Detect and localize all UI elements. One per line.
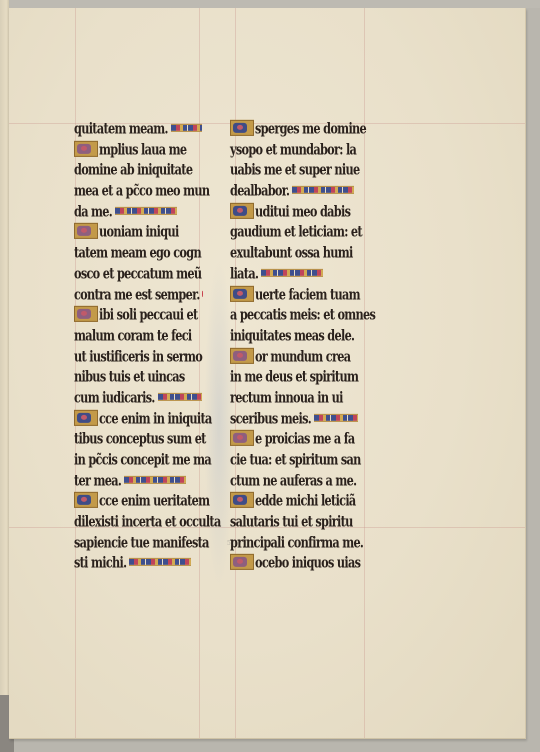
line-filler-ornament (124, 476, 186, 484)
line-filler-ornament (292, 186, 354, 194)
illuminated-initial-icon (230, 120, 254, 136)
line-filler-ornament (158, 393, 202, 401)
facing-page-edge (0, 0, 9, 752)
line-filler-ornament (171, 124, 202, 132)
illuminated-initial-icon (74, 307, 98, 323)
text-column-right: sperges me domineysopo et mundabor: laua… (230, 118, 358, 573)
text-line: sti michi. (74, 549, 202, 577)
line-filler-ornament (129, 559, 191, 567)
illuminated-initial-icon (74, 493, 98, 509)
illuminated-initial-icon (230, 431, 254, 447)
text-line: ocebo iniquos uias (230, 549, 358, 577)
line-filler-ornament (314, 414, 358, 422)
scan-backdrop (0, 0, 540, 8)
line-filler-ornament (115, 207, 177, 215)
text-column-left: quitatem meam.mplius laua medomine ab in… (74, 118, 202, 573)
illuminated-initial-icon (230, 555, 254, 571)
illuminated-initial-icon (230, 493, 254, 509)
line-filler-ornament (261, 269, 323, 277)
illuminated-initial-icon (74, 224, 98, 240)
line-text: sti michi. (74, 549, 126, 576)
line-text: ocebo iniquos uias (255, 549, 360, 576)
